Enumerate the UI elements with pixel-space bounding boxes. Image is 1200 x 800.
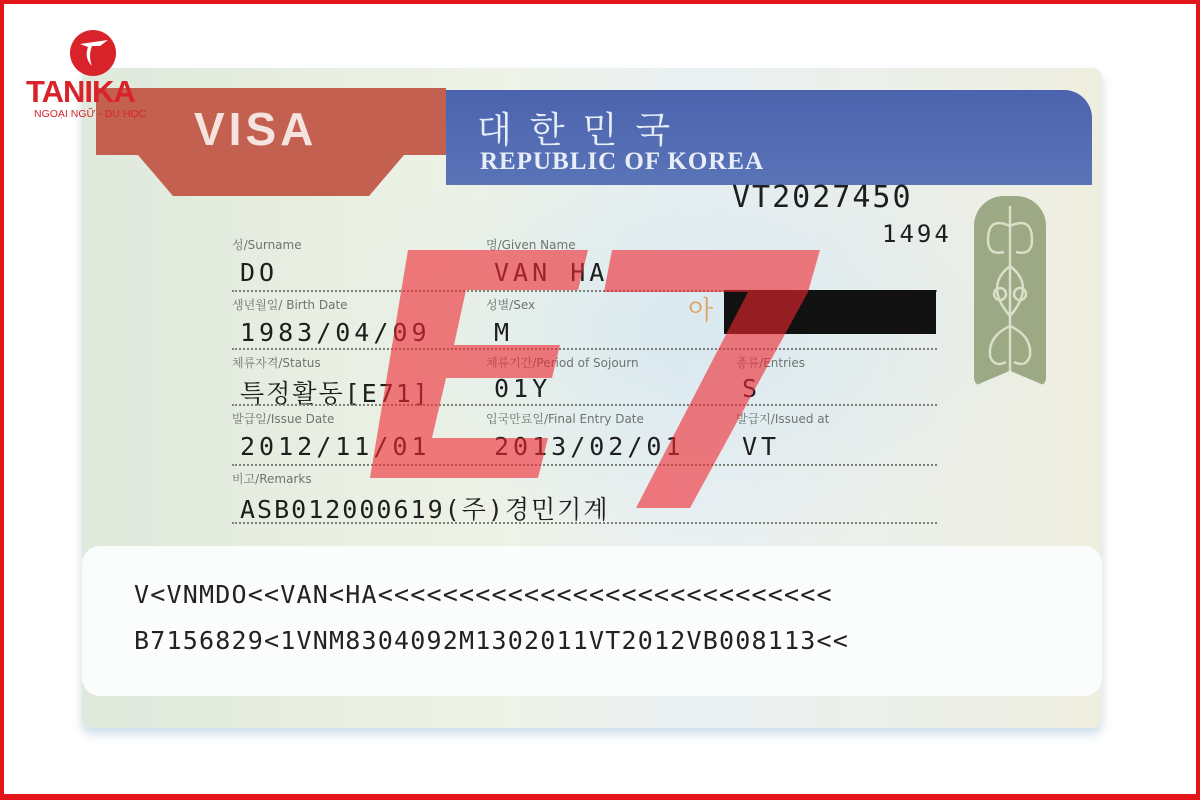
status-label: 체류자격/Status [232, 354, 321, 371]
remarks-value: ASB012000619(주)경민기계 [240, 490, 609, 526]
partial-korean-char: 아 [688, 290, 713, 327]
tanika-logo: TANIKA NGOẠI NGỮ - DU HỌC [20, 30, 170, 120]
control-number: 1494 [882, 220, 952, 248]
entries-label: 종류/Entries [736, 354, 805, 371]
issue-date-value: 2012/11/01 [240, 432, 431, 461]
final-entry-date-value: 2013/02/01 [494, 432, 685, 461]
period-of-sojourn-value: 01Y [494, 374, 551, 403]
birth-date-label: 생년월일/ Birth Date [232, 296, 348, 313]
machine-readable-zone: V<VNMDO<<VAN<HA<<<<<<<<<<<<<<<<<<<<<<<<<… [82, 546, 1102, 696]
field-divider [232, 522, 937, 524]
field-divider [232, 404, 937, 406]
issue-date-label: 발급일/Issue Date [232, 410, 334, 427]
tanika-bird-icon [70, 30, 116, 76]
issued-at-value: VT [742, 432, 780, 461]
entries-value: S [742, 374, 761, 403]
remarks-label: 비고/Remarks [232, 470, 312, 487]
final-entry-date-label: 입국만료일/Final Entry Date [486, 410, 644, 427]
mrz-line-1: V<VNMDO<<VAN<HA<<<<<<<<<<<<<<<<<<<<<<<<<… [134, 580, 833, 609]
surname-label: 성/Surname [232, 236, 302, 253]
sex-label: 성별/Sex [486, 296, 535, 313]
period-of-sojourn-label: 체류기간/Period of Sojourn [486, 354, 639, 371]
field-divider [232, 464, 937, 466]
sex-value: M [494, 318, 513, 347]
issued-at-label: 발급지/Issued at [736, 410, 829, 427]
field-divider [232, 348, 937, 350]
ornament-emblem-icon [974, 196, 1046, 386]
mrz-line-2: B7156829<1VNM8304092M1302011VT2012VB0081… [134, 626, 849, 655]
country-name-korean: 대한민국 [477, 102, 688, 153]
birth-date-value: 1983/04/09 [240, 318, 431, 347]
visa-header-label: VISA [194, 102, 317, 156]
given-name-label: 명/Given Name [486, 236, 576, 253]
surname-value: DO [240, 258, 278, 287]
country-name-english: REPUBLIC OF KOREA [480, 148, 764, 176]
redaction-bar [724, 290, 936, 334]
visa-sticker: VISA 대한민국 REPUBLIC OF KOREA VT2027450 14… [82, 68, 1102, 728]
visa-number: VT2027450 [732, 180, 913, 215]
given-name-value: VAN HA [494, 258, 608, 287]
logo-brand-name: TANIKA [26, 74, 135, 110]
logo-tagline: NGOẠI NGỮ - DU HỌC [34, 108, 146, 120]
